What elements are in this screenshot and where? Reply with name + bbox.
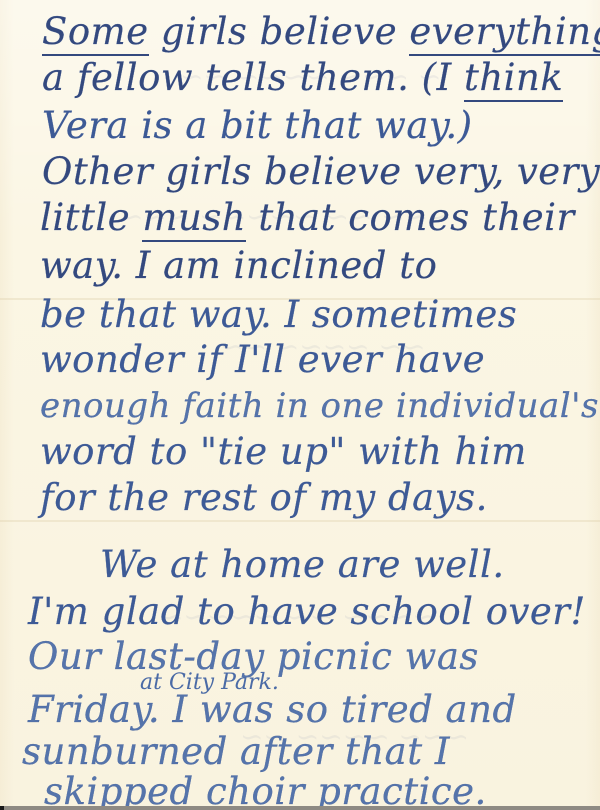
letter-line-11: for the rest of my days. [40,476,488,520]
letter-line-8: wonder if I'll ever have [40,338,485,382]
letter-line-4: Other girls believe very, very [42,150,600,194]
letter-line-2: a fellow tells them. (I think [42,56,563,100]
underlined-word: think [464,56,563,102]
line-text: little [40,196,142,239]
line-text: girls believe [149,10,410,53]
underlined-word: mush [142,196,246,242]
letter-line-6: way. I am inclined to [40,244,437,288]
scan-corner-mark [0,806,4,810]
letter-line-15: Friday. I was so tired and [28,688,517,732]
line-text: a fellow tells them. (I [42,56,464,99]
letter-line-7: be that way. I sometimes [40,293,517,337]
scan-bottom-edge [0,806,600,810]
letter-line-10: word to "tie up" with him [40,430,527,474]
letter-line-5: little mush that comes their [40,196,575,240]
letter-line-1: Some girls believe everything [42,10,600,54]
line-text: that comes their [246,196,575,239]
letter-line-16: sunburned after that I [22,730,450,774]
underlined-word: everything [409,10,600,56]
letter-page: ~ ~~~ ~~~~ ~~ ~~~ ~~ ~~~~~ ~~~ ~~ ~~~~ ~… [0,0,600,806]
underlined-word: Some [42,10,149,56]
letter-line-12: We at home are well. [100,543,505,587]
letter-line-13: I'm glad to have school over! [28,590,586,634]
letter-line-3: Vera is a bit that way.) [42,104,473,148]
paper-fold-line [0,520,600,522]
letter-line-17: skipped choir practice. [44,770,487,806]
letter-line-9: enough faith in one individual's [40,384,599,428]
